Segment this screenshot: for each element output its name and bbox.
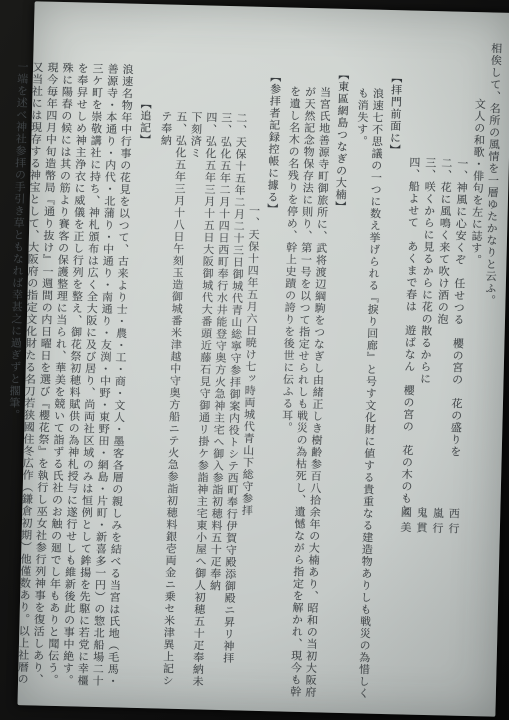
poem-3-poet: 鬼貫 [414,507,430,537]
section-body-postscript: 浪速名物年中行事の花見を以つて、古来より士・農・工・商・文人・墨客各層の親しみを… [0,15,136,694]
poem-2-number: 二、 [439,157,453,181]
poem-1-poet: 西行 [446,507,462,537]
poem-3-number: 三、 [423,157,437,181]
paper: 相俟して、名所の風情を一層ゆたかなりと云ふ。 文人の和歌・俳句を左に誌す。 一、… [17,1,509,716]
record-item-4-number: 四、 [204,111,218,135]
poem-4-poet: 國美 [398,506,414,536]
poem-4-number: 四、 [407,156,421,180]
record-item-5-number: 五、 [174,111,188,135]
photo-background: 相俟して、名所の風情を一層ゆたかなりと云ふ。 文人の和歌・俳句を左に誌す。 一、… [0,0,509,720]
poem-2-poet: 嵐行 [430,507,446,537]
record-item-3-number: 三、 [219,112,233,136]
poem-1-number: 一、 [455,158,469,182]
record-item-2-number: 二、 [234,112,248,136]
poem-2-text: 花に風鳴く来て吹け酒の泡 [436,181,453,325]
document-page: 相俟して、名所の風情を一層ゆたかなりと云ふ。 文人の和歌・俳句を左に誌す。 一、… [32,16,504,703]
record-item-1-number: 一、 [247,205,261,229]
